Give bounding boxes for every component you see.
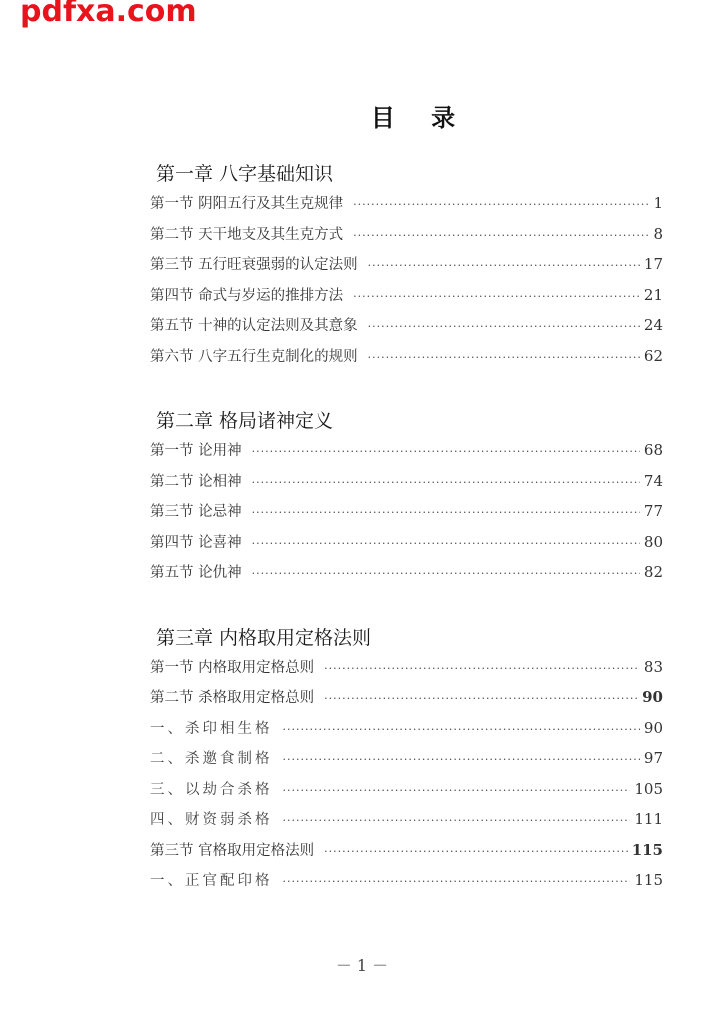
toc-entry[interactable]: 第三节 论忌神77: [150, 496, 663, 527]
entry-page: 105: [634, 774, 663, 805]
leader-dots: [368, 251, 640, 282]
page-title: 目 录: [0, 98, 724, 133]
entry-label: 第四节 论喜神: [150, 528, 242, 559]
leader-dots: [283, 745, 640, 776]
entry-label: 第三节 五行旺衰强弱的认定法则: [150, 250, 358, 281]
leader-dots: [324, 684, 638, 715]
toc-subentry[interactable]: 一、正官配印格115: [150, 865, 663, 896]
toc-entry[interactable]: 第三节 官格取用定格法则115: [150, 835, 663, 866]
spacer: [150, 588, 663, 624]
leader-dots: [368, 343, 640, 374]
leader-dots: [252, 437, 640, 468]
leader-dots: [283, 867, 631, 898]
toc-entry[interactable]: 第三节 五行旺衰强弱的认定法则17: [150, 249, 663, 280]
entry-label: 第三节 官格取用定格法则: [150, 836, 314, 867]
leader-dots: [353, 190, 649, 221]
entry-page: 68: [644, 435, 663, 466]
leader-dots: [283, 776, 631, 807]
entry-page: 80: [644, 527, 663, 558]
entry-page: 24: [644, 310, 663, 341]
leader-dots: [252, 498, 640, 529]
leader-dots: [324, 654, 640, 685]
entry-page: 115: [634, 865, 663, 896]
entry-page: 8: [653, 219, 663, 250]
leader-dots: [283, 806, 631, 837]
entry-label: 第五节 论仇神: [150, 558, 242, 589]
toc-entry[interactable]: 第六节 八字五行生克制化的规则62: [150, 341, 663, 372]
entry-label: 第一节 内格取用定格总则: [150, 653, 314, 684]
entry-page: 74: [644, 466, 663, 497]
entry-label: 一、杀印相生格: [150, 714, 273, 745]
chapter-1-title: 第一章 八字基础知识: [156, 160, 663, 188]
toc-entry[interactable]: 第一节 内格取用定格总则83: [150, 652, 663, 683]
entry-page: 90: [642, 682, 663, 713]
leader-dots: [252, 468, 640, 499]
spacer: [150, 371, 663, 407]
entry-page: 111: [634, 804, 663, 835]
entry-page: 82: [644, 557, 663, 588]
entry-page: 62: [644, 341, 663, 372]
entry-label: 三、以劫合杀格: [150, 775, 273, 806]
leader-dots: [353, 221, 649, 252]
entry-label: 第二节 天干地支及其生克方式: [150, 220, 343, 251]
toc-subentry[interactable]: 四、财资弱杀格111: [150, 804, 663, 835]
toc-entry[interactable]: 第一节 论用神68: [150, 435, 663, 466]
entry-label: 第六节 八字五行生克制化的规则: [150, 342, 358, 373]
entry-label: 四、财资弱杀格: [150, 805, 273, 836]
watermark-logo: pdfxa.com: [20, 0, 197, 29]
toc-entry[interactable]: 第一节 阴阳五行及其生克规律1: [150, 188, 663, 219]
entry-page: 115: [632, 835, 663, 866]
toc-subentry[interactable]: 二、杀邀食制格97: [150, 743, 663, 774]
entry-page: 17: [644, 249, 663, 280]
leader-dots: [324, 837, 628, 868]
toc-entry[interactable]: 第四节 论喜神80: [150, 527, 663, 558]
toc-subentry[interactable]: 一、杀印相生格90: [150, 713, 663, 744]
entry-label: 第一节 阴阳五行及其生克规律: [150, 189, 343, 220]
leader-dots: [283, 715, 640, 746]
footer-page-number: － 1 －: [0, 953, 724, 976]
entry-page: 21: [644, 280, 663, 311]
entry-page: 97: [644, 743, 663, 774]
entry-label: 第一节 论用神: [150, 436, 242, 467]
chapter-3-title: 第三章 内格取用定格法则: [156, 624, 663, 652]
entry-label: 第四节 命式与岁运的推排方法: [150, 281, 343, 312]
entry-label: 二、杀邀食制格: [150, 744, 273, 775]
leader-dots: [368, 312, 640, 343]
toc-entry[interactable]: 第五节 论仇神82: [150, 557, 663, 588]
leader-dots: [353, 282, 640, 313]
toc-entry[interactable]: 第二节 论相神74: [150, 466, 663, 497]
entry-page: 77: [644, 496, 663, 527]
toc-entry[interactable]: 第四节 命式与岁运的推排方法21: [150, 280, 663, 311]
leader-dots: [252, 559, 640, 590]
table-of-contents: 第一章 八字基础知识 第一节 阴阳五行及其生克规律1 第二节 天干地支及其生克方…: [150, 160, 663, 896]
entry-page: 83: [644, 652, 663, 683]
entry-page: 1: [653, 188, 663, 219]
toc-entry[interactable]: 第二节 天干地支及其生克方式8: [150, 219, 663, 250]
entry-label: 第二节 杀格取用定格总则: [150, 683, 314, 714]
entry-label: 第二节 论相神: [150, 467, 242, 498]
entry-label: 第三节 论忌神: [150, 497, 242, 528]
toc-subentry[interactable]: 三、以劫合杀格105: [150, 774, 663, 805]
entry-page: 90: [644, 713, 663, 744]
leader-dots: [252, 529, 640, 560]
entry-label: 一、正官配印格: [150, 866, 273, 897]
toc-entry[interactable]: 第五节 十神的认定法则及其意象24: [150, 310, 663, 341]
entry-label: 第五节 十神的认定法则及其意象: [150, 311, 358, 342]
toc-entry[interactable]: 第二节 杀格取用定格总则90: [150, 682, 663, 713]
chapter-2-title: 第二章 格局诸神定义: [156, 407, 663, 435]
